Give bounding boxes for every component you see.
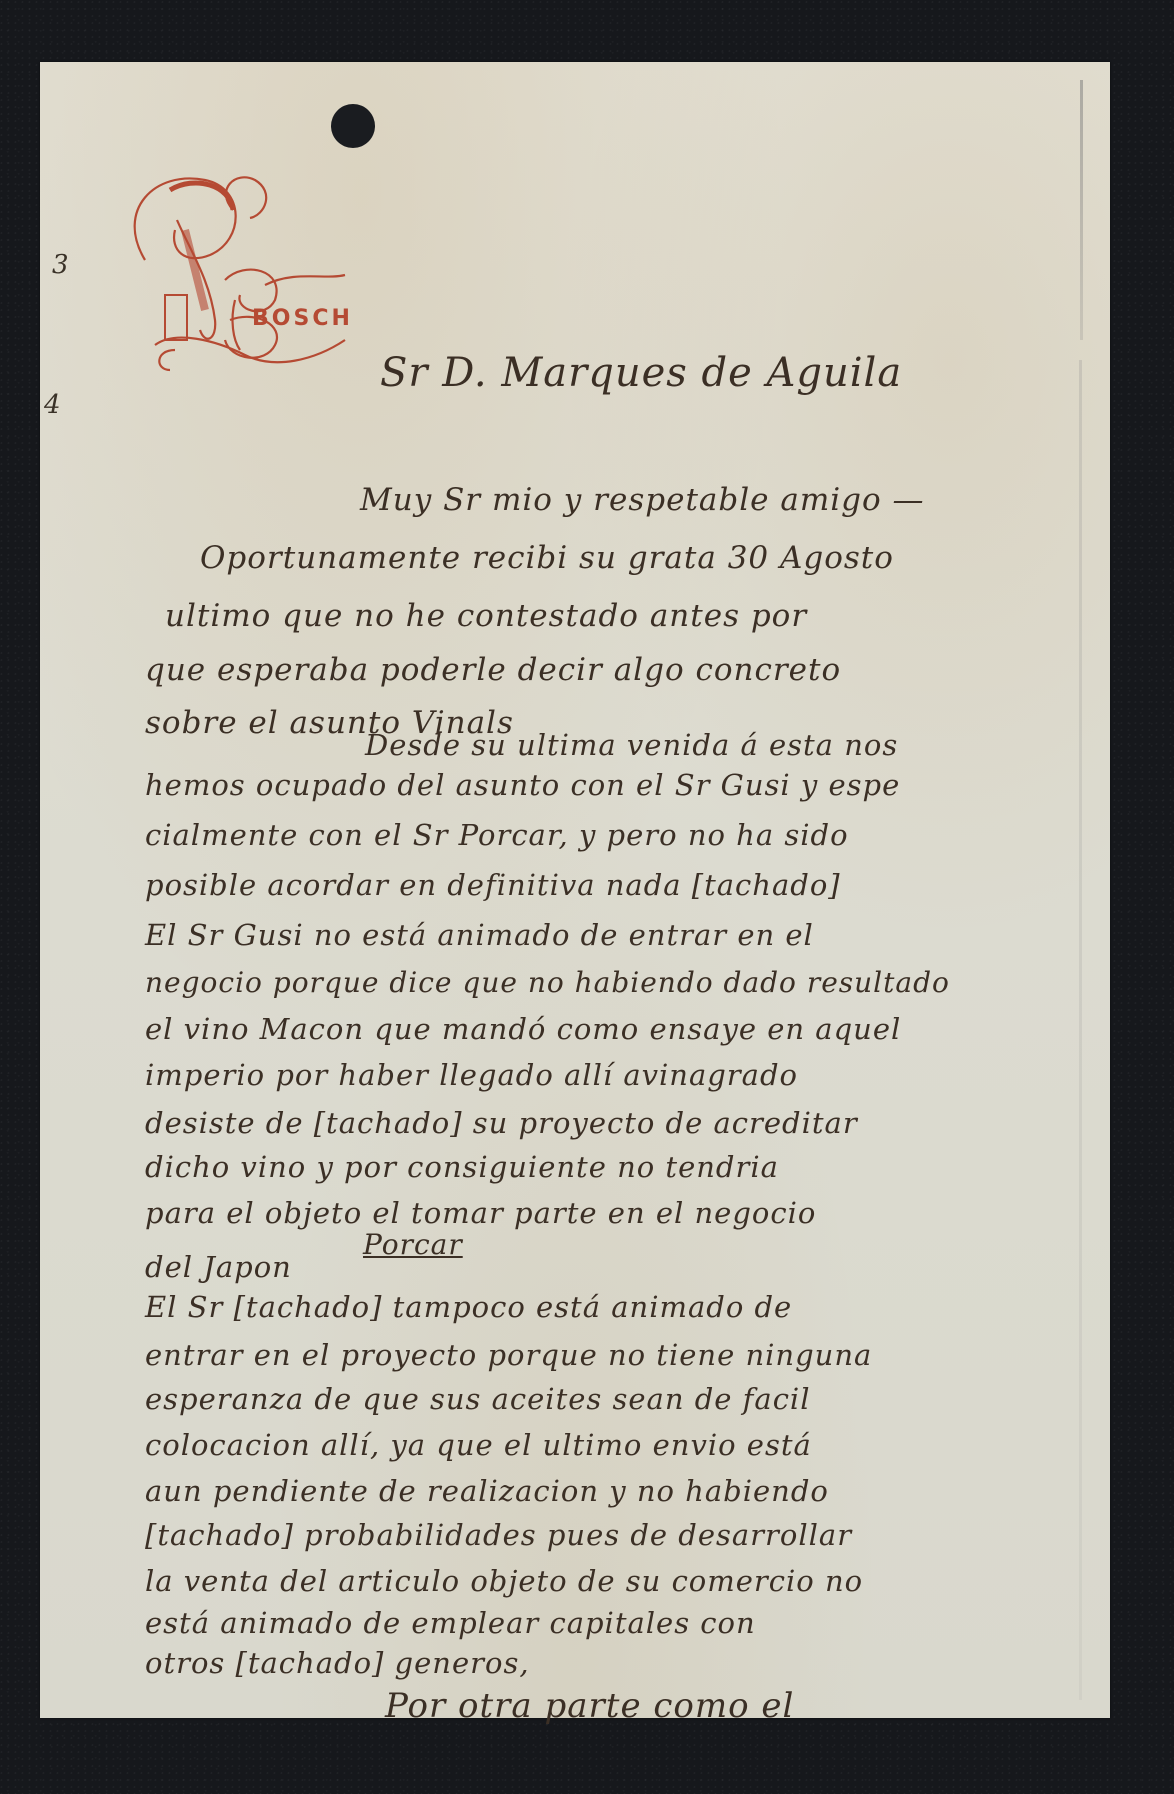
text-line: colocacion allí, ya que el ultimo envio … bbox=[145, 1428, 812, 1462]
text-line: que esperaba poderle decir algo concreto bbox=[145, 652, 841, 688]
text-line: Por otra parte como el bbox=[385, 1686, 794, 1726]
text-line: Oportunamente recibi su grata 30 Agosto bbox=[200, 540, 894, 576]
text-line: El Sr [tachado] tampoco está animado de bbox=[145, 1290, 792, 1324]
text-line: Desde su ultima venida á esta nos bbox=[365, 728, 898, 762]
text-line: desiste de [tachado] su proyecto de acre… bbox=[145, 1106, 858, 1140]
text-line: negocio porque dice que no habiendo dado… bbox=[145, 966, 950, 999]
punch-hole bbox=[331, 104, 375, 148]
margin-mark: 3 bbox=[52, 250, 69, 280]
text-line: otros [tachado] generos, bbox=[145, 1646, 530, 1680]
text-line: El Sr Gusi no está animado de entrar en … bbox=[145, 918, 814, 952]
letterhead-name: BOSCH bbox=[252, 306, 353, 331]
text-line: posible acordar en definitiva nada [tach… bbox=[145, 868, 841, 902]
text-line: imperio por haber llegado allí avinagrad… bbox=[145, 1058, 798, 1092]
inserted-word: Porcar bbox=[363, 1228, 463, 1261]
text-line: ultimo que no he contestado antes por bbox=[165, 598, 807, 634]
letterhead-monogram-icon bbox=[115, 170, 355, 380]
salutation: Sr D. Marques de Aguila bbox=[380, 350, 902, 396]
text-line: cialmente con el Sr Porcar, y pero no ha… bbox=[145, 818, 849, 852]
text-line: esperanza de que sus aceites sean de fac… bbox=[145, 1382, 811, 1416]
fold-mark bbox=[1079, 360, 1082, 1700]
fold-mark bbox=[1080, 80, 1083, 340]
text-line: [tachado] probabilidades pues de desarro… bbox=[145, 1518, 852, 1552]
text-line: está animado de emplear capitales con bbox=[145, 1606, 756, 1640]
text-line: dicho vino y por consiguiente no tendria bbox=[145, 1150, 779, 1184]
text-line: Muy Sr mio y respetable amigo — bbox=[360, 482, 925, 518]
text-line: la venta del articulo objeto de su comer… bbox=[145, 1564, 863, 1598]
text-line: aun pendiente de realizacion y no habien… bbox=[145, 1474, 829, 1508]
text-line: hemos ocupado del asunto con el Sr Gusi … bbox=[145, 768, 900, 802]
text-line: el vino Macon que mandó como ensaye en a… bbox=[145, 1012, 901, 1046]
margin-mark: 4 bbox=[44, 390, 61, 420]
text-line: del Japon bbox=[145, 1250, 292, 1284]
text-line: para el objeto el tomar parte en el nego… bbox=[145, 1196, 816, 1230]
text-line: entrar en el proyecto porque no tiene ni… bbox=[145, 1338, 872, 1372]
